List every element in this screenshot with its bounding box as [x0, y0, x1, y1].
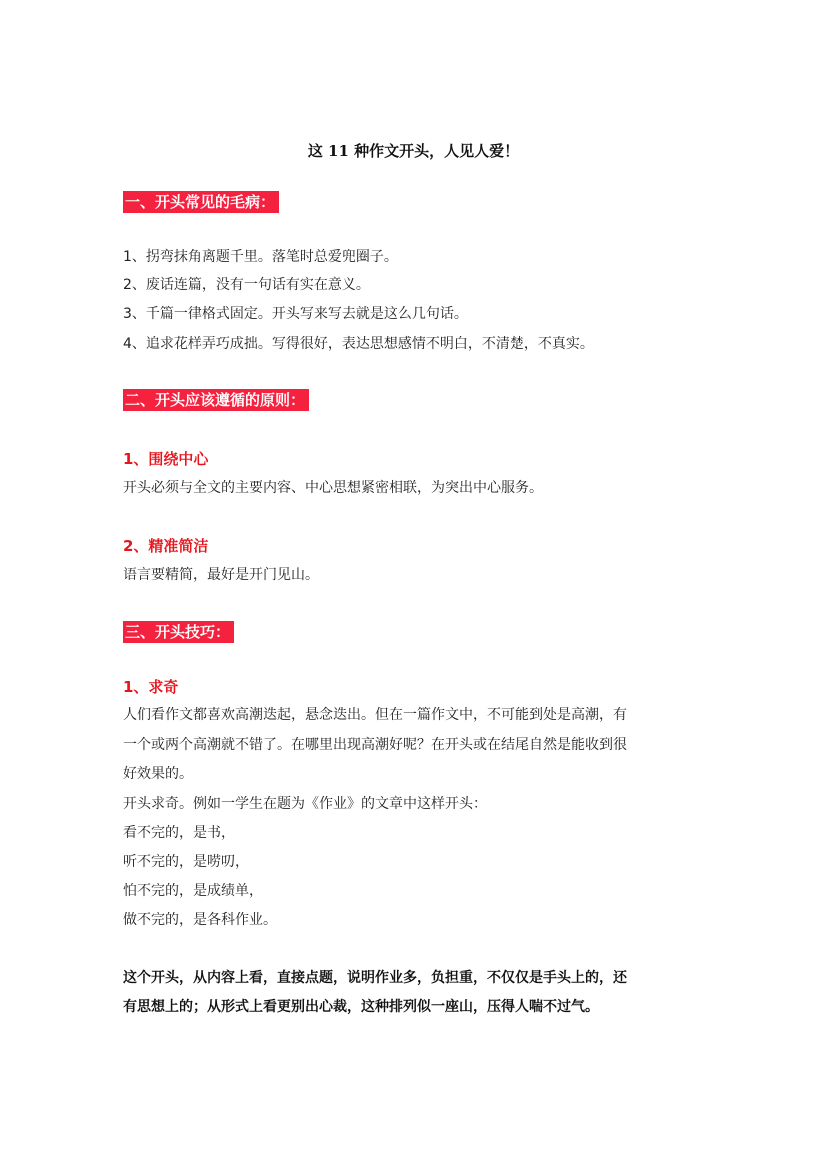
comment-line: 这个开头，从内容上看，直接点题，说明作业多，负担重，不仅仅是手头上的，还 — [123, 968, 627, 988]
section-heading-2: 二、开头应该遵循的原则： — [123, 389, 309, 411]
document-page: 这 11 种作文开头，人见人爱！ 一、开头常见的毛病： 1、拐弯抹角离题千里。落… — [0, 0, 827, 1169]
list-item: 1、拐弯抹角离题千里。落笔时总爱兜圈子。 — [123, 247, 398, 267]
example-line: 做不完的，是各科作业。 — [123, 910, 277, 930]
list-item: 4、追求花样弄巧成拙。写得很好，表达思想感情不明白，不清楚，不真实。 — [123, 334, 594, 354]
principle-title: 2、精准简洁 — [123, 536, 208, 556]
example-line: 怕不完的，是成绩单， — [123, 881, 263, 901]
principle-text: 开头必须与全文的主要内容、中心思想紧密相联，为突出中心服务。 — [123, 478, 543, 498]
paragraph-line: 好效果的。 — [123, 764, 193, 784]
document-title: 这 11 种作文开头，人见人爱！ — [0, 140, 827, 161]
list-item: 3、千篇一律格式固定。开头写来写去就是这么几句话。 — [123, 304, 468, 324]
section-heading-1: 一、开头常见的毛病： — [123, 191, 279, 213]
list-item: 2、废话连篇，没有一句话有实在意义。 — [123, 275, 370, 295]
paragraph-line: 人们看作文都喜欢高潮迭起，悬念迭出。但在一篇作文中，不可能到处是高潮，有 — [123, 705, 627, 725]
comment-line: 有思想上的；从形式上看更别出心裁，这种排列似一座山，压得人喘不过气。 — [123, 997, 599, 1017]
section-heading-3: 三、开头技巧： — [123, 621, 234, 643]
paragraph-line: 一个或两个高潮就不错了。在哪里出现高潮好呢？在开头或在结尾自然是能收到很 — [123, 735, 627, 755]
principle-text: 语言要精简，最好是开门见山。 — [123, 565, 319, 585]
example-line: 看不完的，是书， — [123, 823, 235, 843]
technique-title: 1、求奇 — [123, 677, 178, 697]
example-line: 听不完的，是唠叨， — [123, 852, 249, 872]
example-intro: 开头求奇。例如一学生在题为《作业》的文章中这样开头： — [123, 794, 487, 814]
principle-title: 1、围绕中心 — [123, 449, 208, 469]
